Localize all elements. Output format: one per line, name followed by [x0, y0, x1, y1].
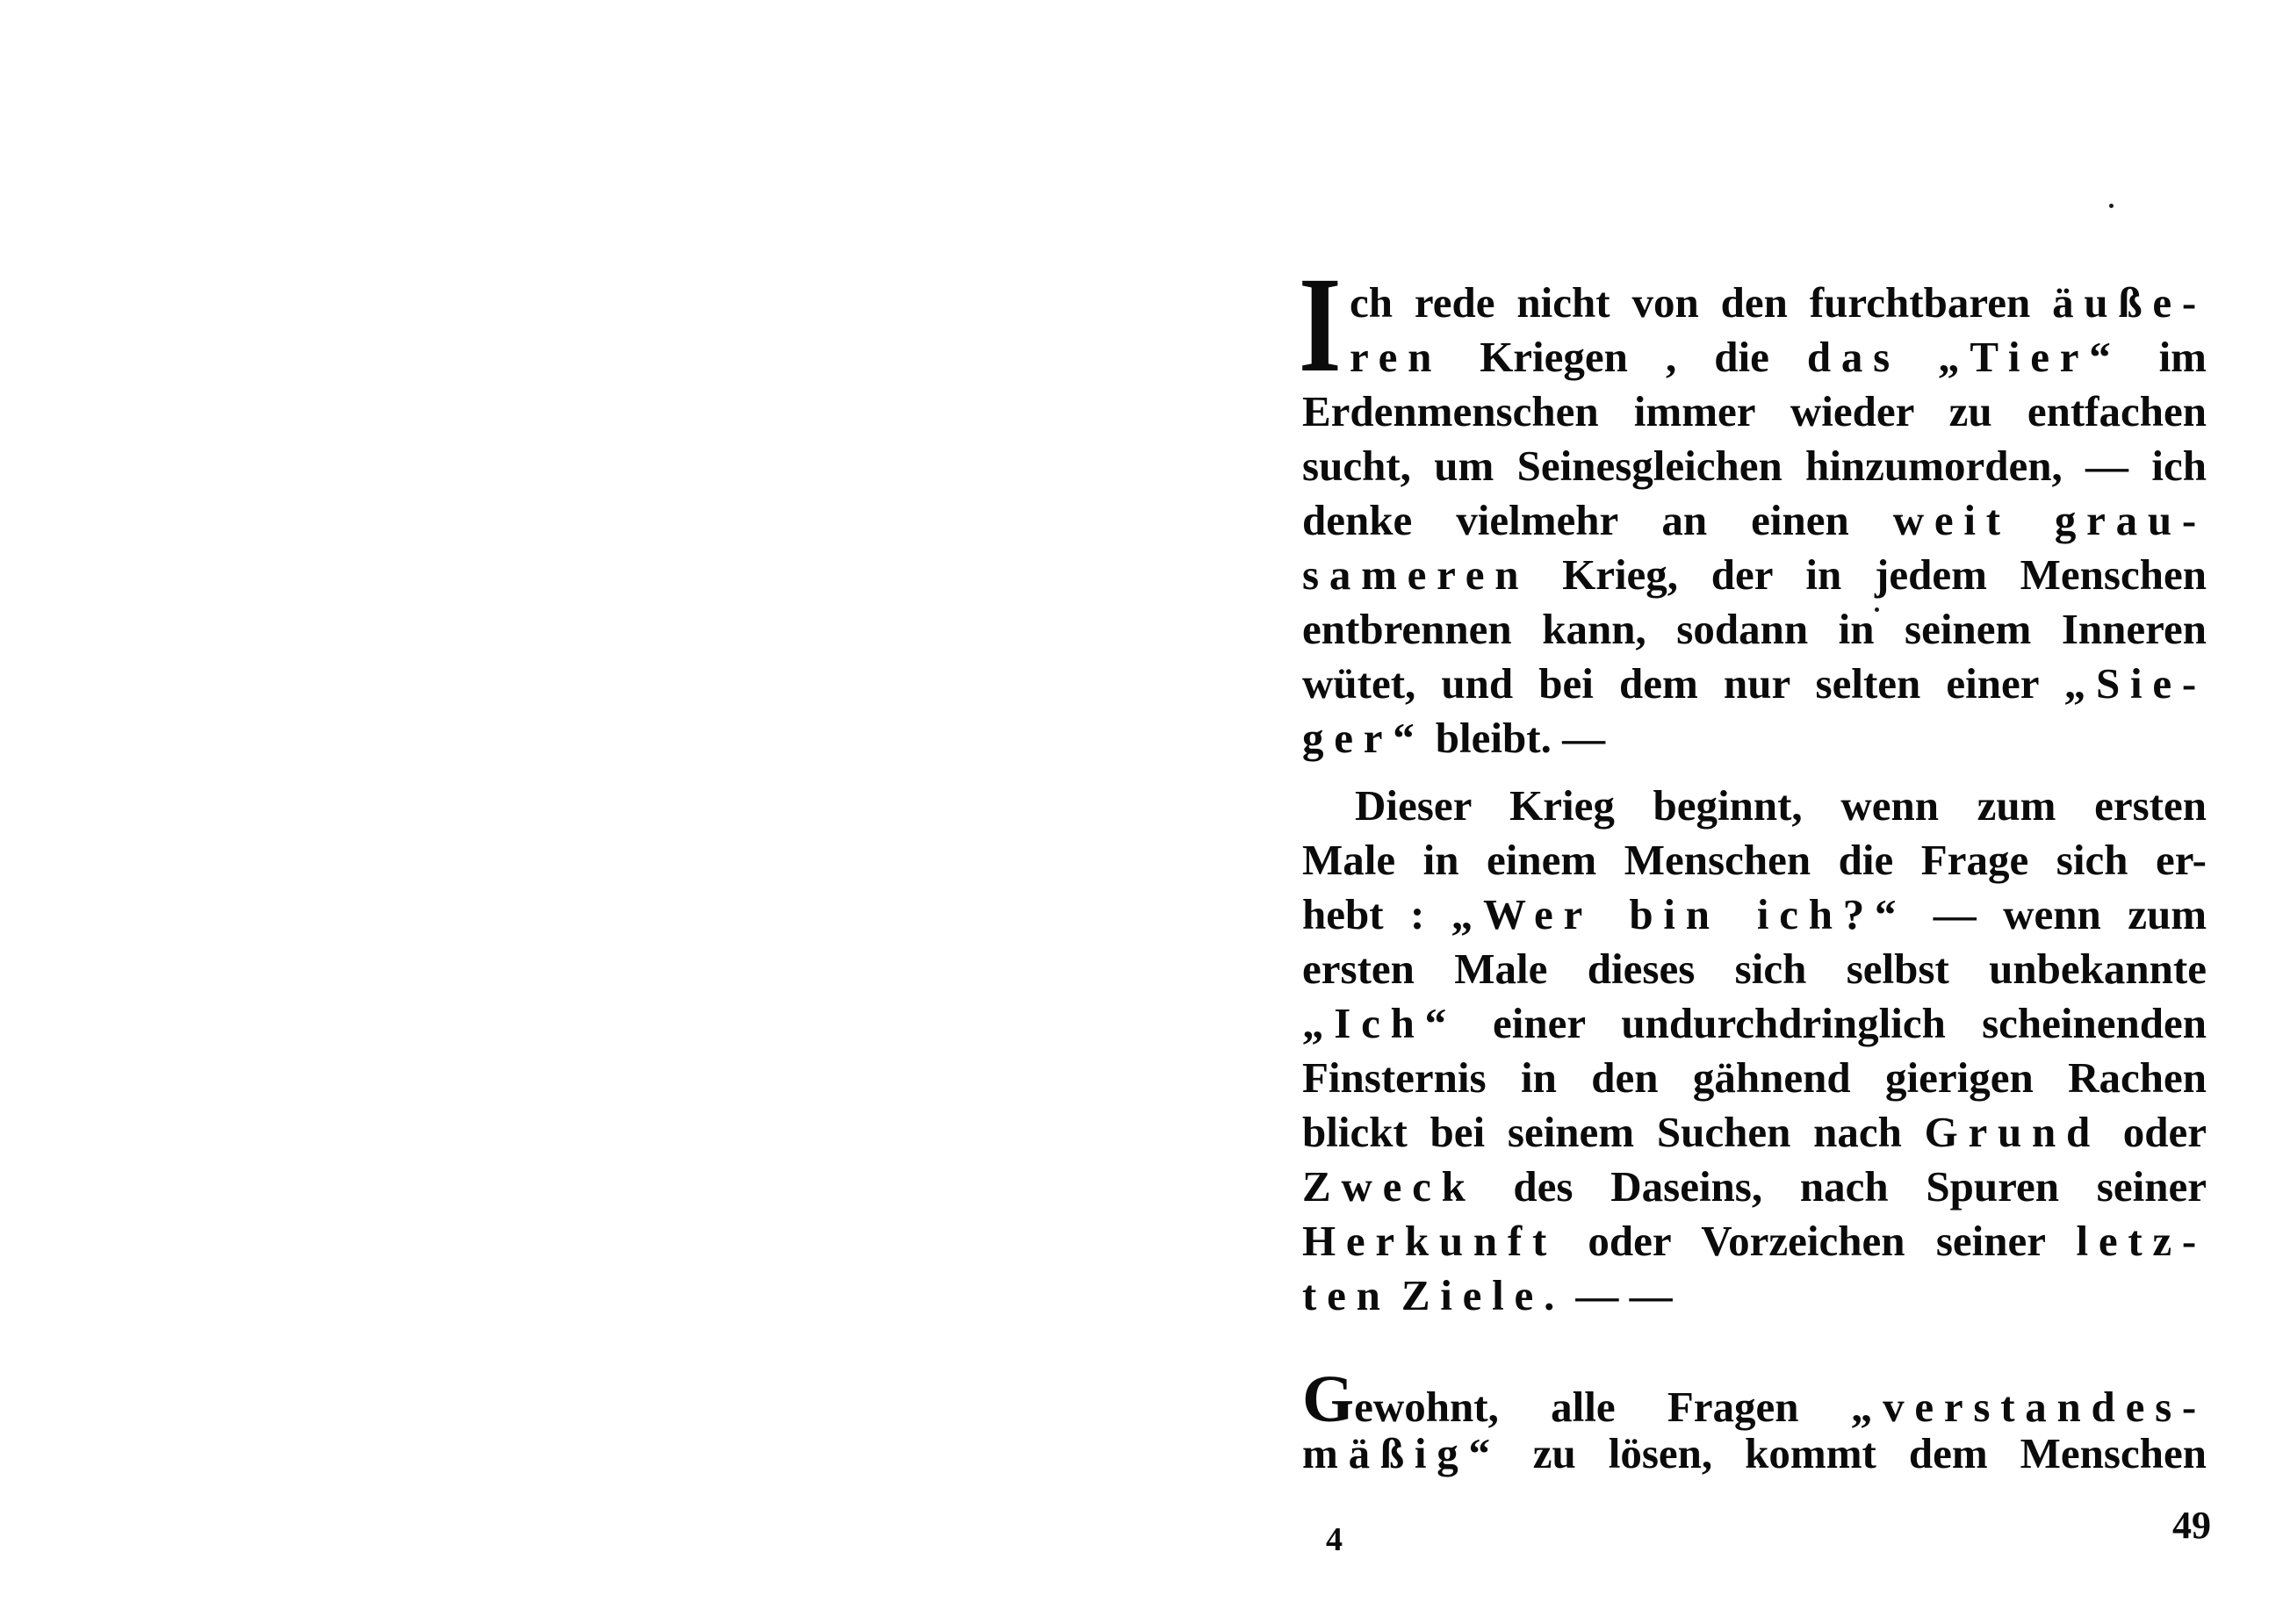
text-segment: oder Vorzeichen seiner — [1557, 1217, 2076, 1265]
page-number: 49 — [2172, 1506, 2211, 1545]
text-segment: Erdenmenschen immer wieder zu entfachen — [1302, 387, 2207, 435]
text-segment: ersten Male dieses sich selbst unbekannt… — [1302, 945, 2207, 993]
letterspaced-text: Ziele. — [1401, 1271, 1565, 1319]
text-segment: Dieser Krieg beginnt, wenn zum ersten — [1355, 781, 2207, 830]
text-line: Gewohnt, alle Fragen „verstandes- — [1302, 1372, 2207, 1426]
text-line: Finsternis in den gähnend gierigen Rache… — [1302, 1051, 2207, 1105]
paragraph-initial: G — [1302, 1362, 1354, 1436]
text-segment: blickt bei seinem Suchen nach — [1302, 1108, 1925, 1156]
letterspaced-text: weit — [1893, 496, 2011, 544]
text-line: Erdenmenschen immer wieder zu entfachen — [1302, 384, 2207, 439]
text-line: ten Ziele. — — — [1302, 1268, 2207, 1323]
signature-mark: 4 — [1326, 1523, 1343, 1556]
letterspaced-text: ger“ — [1302, 714, 1425, 762]
letterspaced-text: letz- — [2076, 1217, 2207, 1265]
text-segment: — — — [1565, 1271, 1673, 1319]
text-segment — [1900, 333, 1938, 381]
text-line: ersten Male dieses sich selbst unbekannt… — [1302, 942, 2207, 996]
text-segment: ewohnt, alle Fragen — [1354, 1383, 1851, 1431]
text-line: Male in einem Menschen die Frage sich er… — [1302, 833, 2207, 887]
text-line: sameren Krieg, der in jedem Menschen — [1302, 548, 2207, 602]
letterspaced-text: grau- — [2055, 496, 2207, 544]
left-page-blank — [0, 0, 1141, 1624]
letterspaced-text: ten — [1302, 1271, 1391, 1319]
ink-speck — [1875, 607, 1879, 612]
text-segment — [2011, 496, 2055, 544]
letterspaced-text: „Sie- — [2064, 659, 2207, 708]
text-segment: sucht, um Seinesgleichen hinzumorden, — … — [1302, 442, 2207, 490]
text-line: entbrennen kann, sodann in seinem Innere… — [1302, 602, 2207, 657]
letterspaced-text: Zweck — [1302, 1162, 1476, 1211]
letterspaced-text: das — [1807, 333, 1900, 381]
text-line: Dieser Krieg beginnt, wenn zum ersten — [1302, 779, 2207, 833]
letterspaced-text: „Wer bin ich?“ — [1451, 890, 1907, 938]
text-segment: denke vielmehr an einen — [1302, 496, 1893, 544]
text-line: blickt bei seinem Suchen nach Grund oder — [1302, 1105, 2207, 1160]
text-segment: ch rede nicht von den furchtbaren — [1350, 278, 2052, 327]
letterspaced-text: sameren — [1302, 550, 1529, 599]
text-line: wütet, und bei dem nur selten einer „Sie… — [1302, 657, 2207, 711]
letterspaced-text: Grund — [1925, 1108, 2100, 1156]
letterspaced-text: „Ich“ — [1302, 999, 1457, 1047]
letterspaced-text: „verstandes- — [1851, 1383, 2207, 1431]
text-line: hebt : „Wer bin ich?“ — wenn zum — [1302, 887, 2207, 942]
text-column: I ch rede nicht von den furchtbaren äuße… — [1302, 276, 2207, 1481]
letterspaced-text: Herkunft — [1302, 1217, 1557, 1265]
text-segment: im — [2121, 333, 2207, 381]
text-line: Herkunft oder Vorzeichen seiner letz- — [1302, 1214, 2207, 1268]
text-line: mäßig“ zu lösen, kommt dem Menschen — [1302, 1426, 2207, 1481]
letterspaced-text: mäßig“ — [1302, 1429, 1501, 1477]
text-segment: zu lösen, kommt dem Menschen — [1501, 1429, 2207, 1477]
text-segment: des Daseins, nach Spuren seiner — [1476, 1162, 2207, 1211]
text-line: ch rede nicht von den furchtbaren äuße- — [1302, 276, 2207, 330]
text-line: „Ich“ einer undurchdringlich scheinenden — [1302, 996, 2207, 1051]
text-line: ger“ bleibt. — — [1302, 711, 2207, 765]
letterspaced-text: ren — [1350, 333, 1442, 381]
book-page-spread: I ch rede nicht von den furchtbaren äuße… — [0, 0, 2283, 1624]
text-segment: Krieg, der in jedem Menschen — [1529, 550, 2207, 599]
text-line: denke vielmehr an einen weit grau- — [1302, 493, 2207, 548]
letterspaced-text: äuße- — [2052, 278, 2207, 327]
ink-speck — [2109, 204, 2114, 208]
letterspaced-text: „Tier“ — [1938, 333, 2121, 381]
text-segment: wütet, und bei dem nur selten einer — [1302, 659, 2064, 708]
text-line: Zweck des Daseins, nach Spuren seiner — [1302, 1160, 2207, 1214]
text-segment: entbrennen kann, sodann in seinem Innere… — [1302, 605, 2207, 653]
text-segment — [1391, 1271, 1401, 1319]
text-segment: — wenn zum — [1906, 890, 2207, 938]
text-segment: Finsternis in den gähnend gierigen Rache… — [1302, 1053, 2207, 1102]
text-segment: hebt : — [1302, 890, 1451, 938]
text-line: ren Kriegen , die das „Tier“ im — [1302, 330, 2207, 384]
text-segment: oder — [2100, 1108, 2207, 1156]
text-segment: Kriegen , die — [1442, 333, 1807, 381]
text-line: sucht, um Seinesgleichen hinzumorden, — … — [1302, 439, 2207, 493]
text-segment: einer undurchdringlich scheinenden — [1457, 999, 2207, 1047]
text-segment: Male in einem Menschen die Frage sich er… — [1302, 836, 2207, 884]
text-segment: bleibt. — — [1425, 714, 1606, 762]
